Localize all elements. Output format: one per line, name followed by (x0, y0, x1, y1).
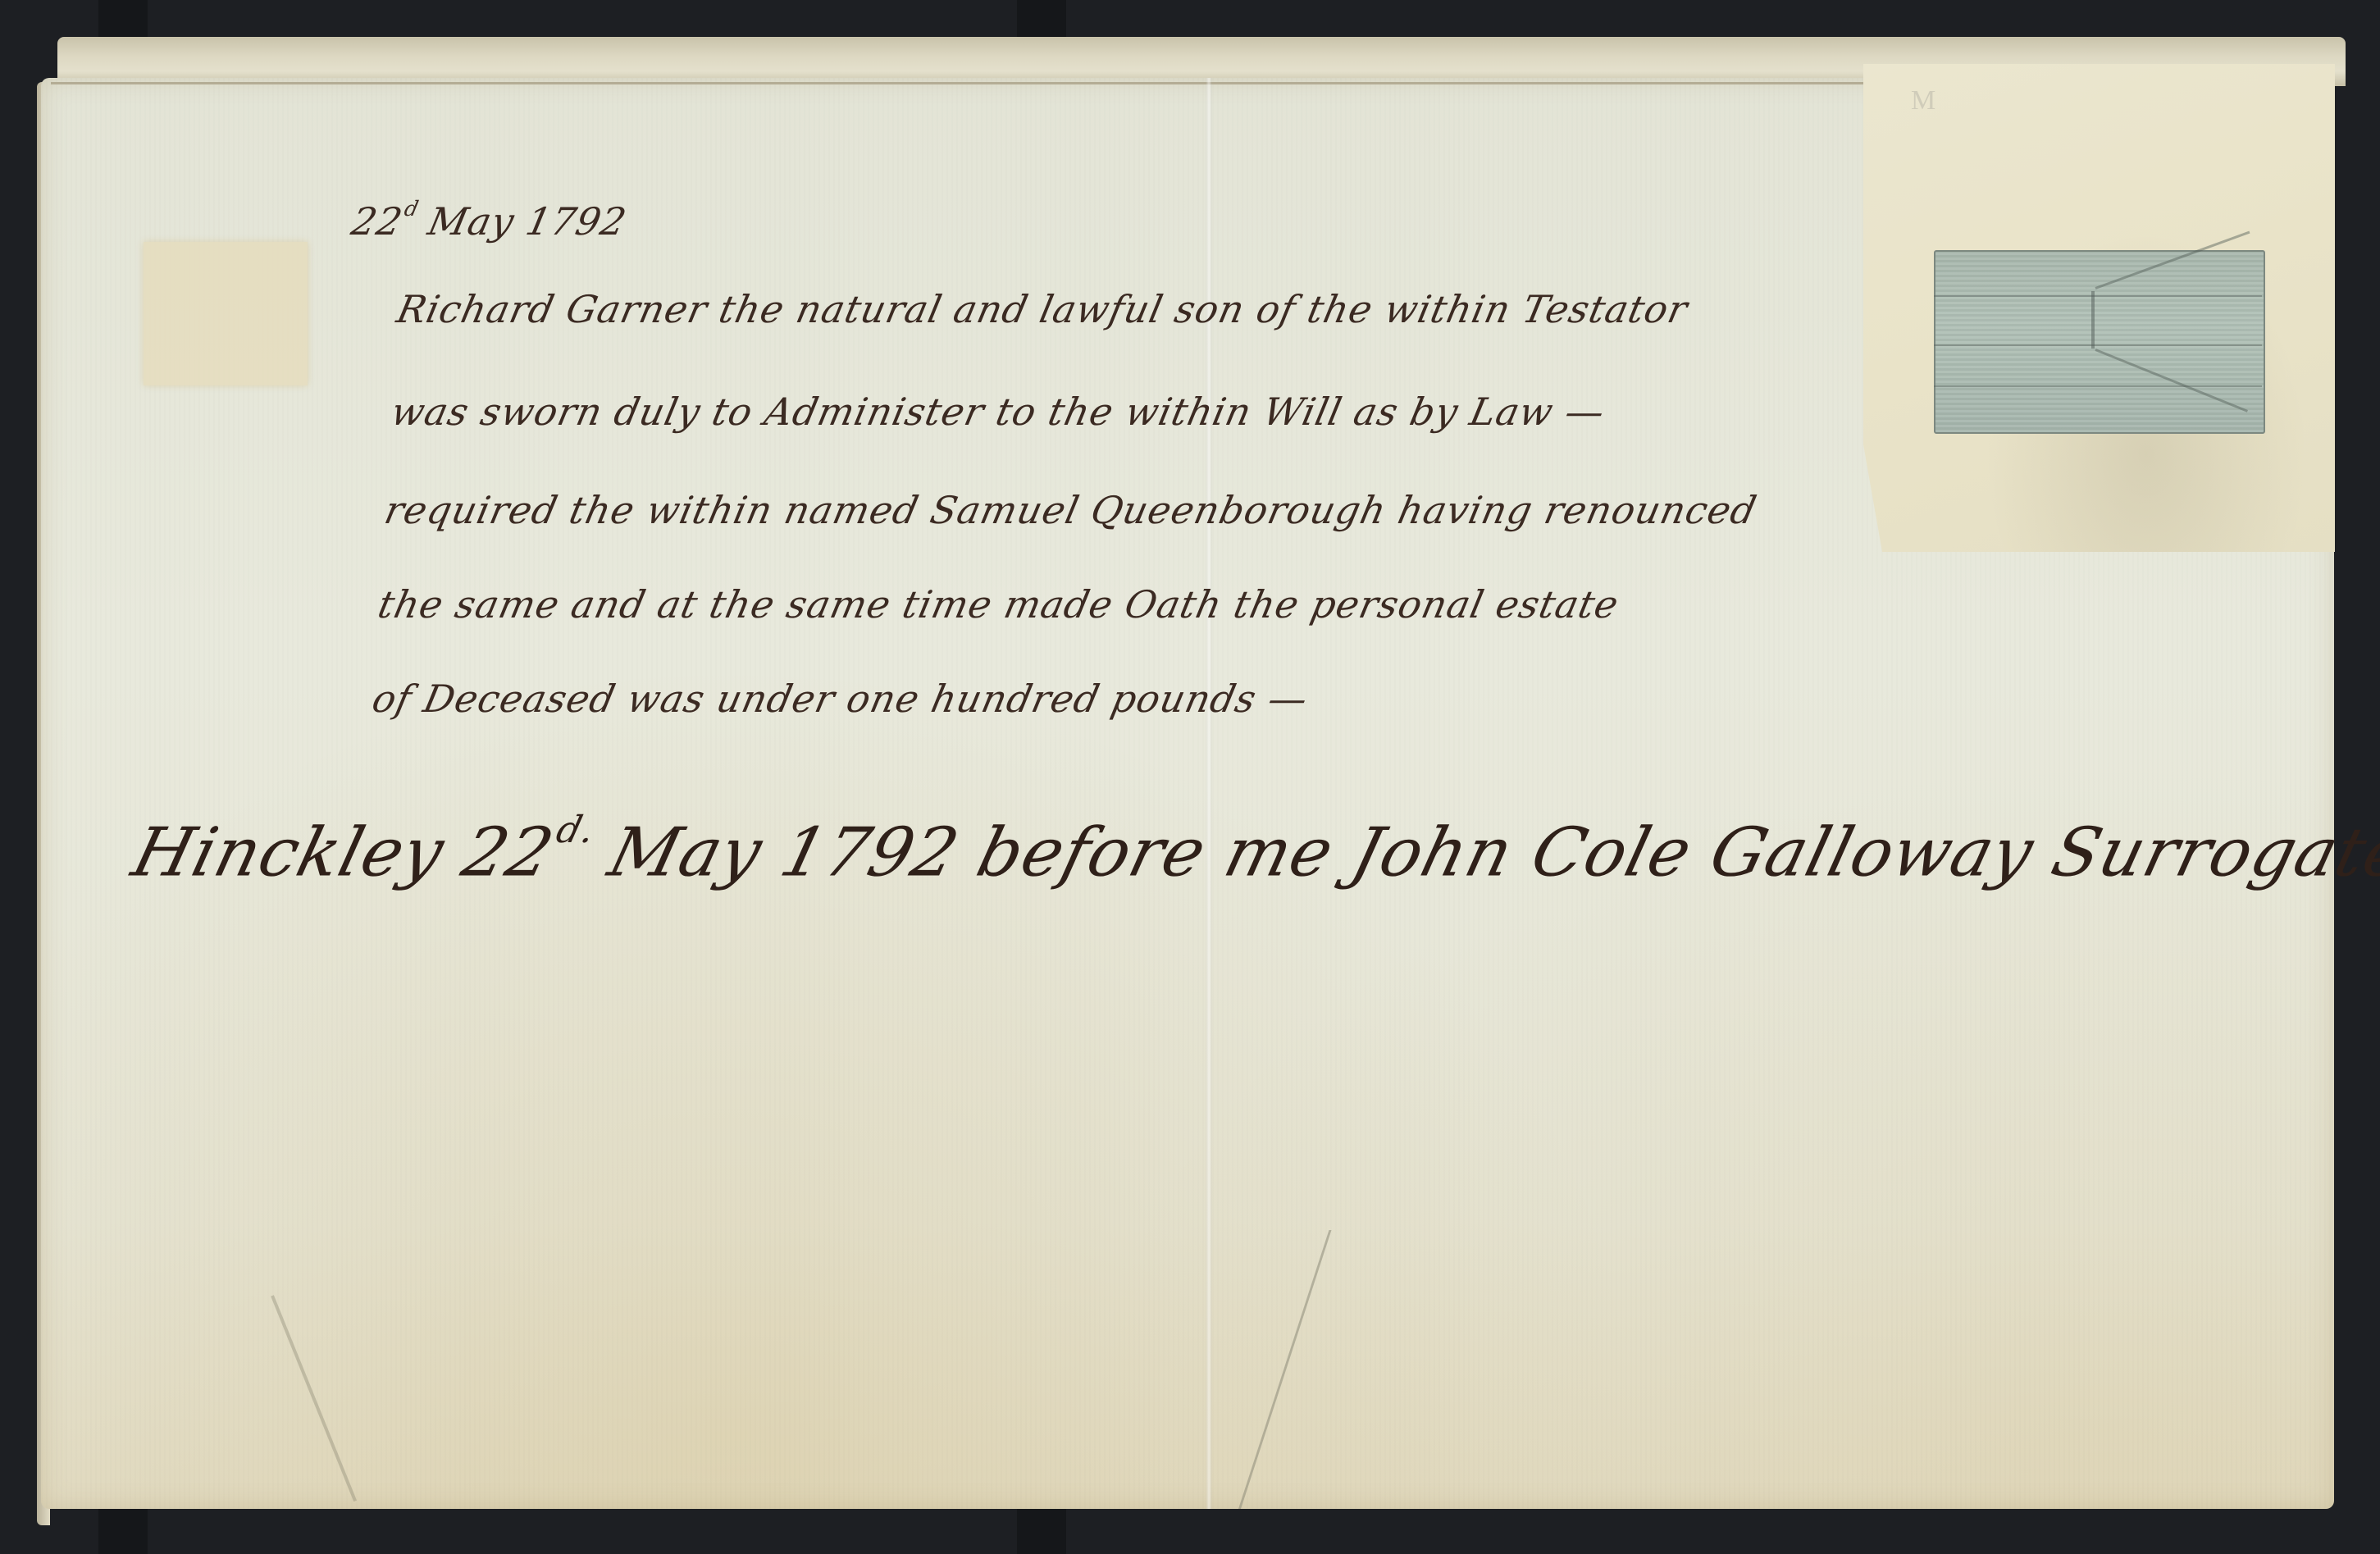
ribbon-pleat (1934, 385, 2262, 387)
ribbon-pleat (1934, 295, 2262, 297)
ribbon-pleat (1934, 344, 2262, 346)
date-day: 22 (348, 199, 407, 244)
surrogate-name: John Cole Galloway (1344, 814, 2041, 892)
ribbon-seal (1934, 250, 2265, 434)
attestation-line: Hinckley 22d. May 1792 before me John Co… (125, 808, 2380, 892)
endorsement-date: 22d May 1792 (348, 197, 631, 244)
endorsement-line: the same and at the same time made Oath … (374, 582, 1623, 627)
endorsement-line-text: of Deceased was under one hundred pounds… (368, 677, 1312, 721)
date-month-year: May 1792 (424, 199, 631, 244)
endorsement-line-text: was sworn duly to Administer to the with… (387, 390, 1609, 434)
attestation-phrase: before me (969, 814, 1341, 892)
surrogate-title: Surrogate (2045, 814, 2380, 892)
endorsement-line: Richard Garner the natural and lawful so… (393, 287, 1692, 331)
ribbon-knot (2091, 291, 2095, 349)
document-scan: M 22d May 1792 Richard Garner the natura… (0, 0, 2380, 1554)
endorsement-line: required the within named Samuel Queenbo… (381, 488, 1761, 532)
attestation-place: Hinckley (125, 814, 452, 892)
endorsement-line: of Deceased was under one hundred pounds… (368, 677, 1312, 721)
attestation-month-year: May 1792 (601, 814, 967, 892)
seal-slip-showthrough-text: M (1911, 78, 2305, 242)
attestation-day: 22 (455, 814, 562, 892)
paste-mark (144, 242, 308, 385)
endorsement-line: was sworn duly to Administer to the with… (387, 390, 1609, 434)
